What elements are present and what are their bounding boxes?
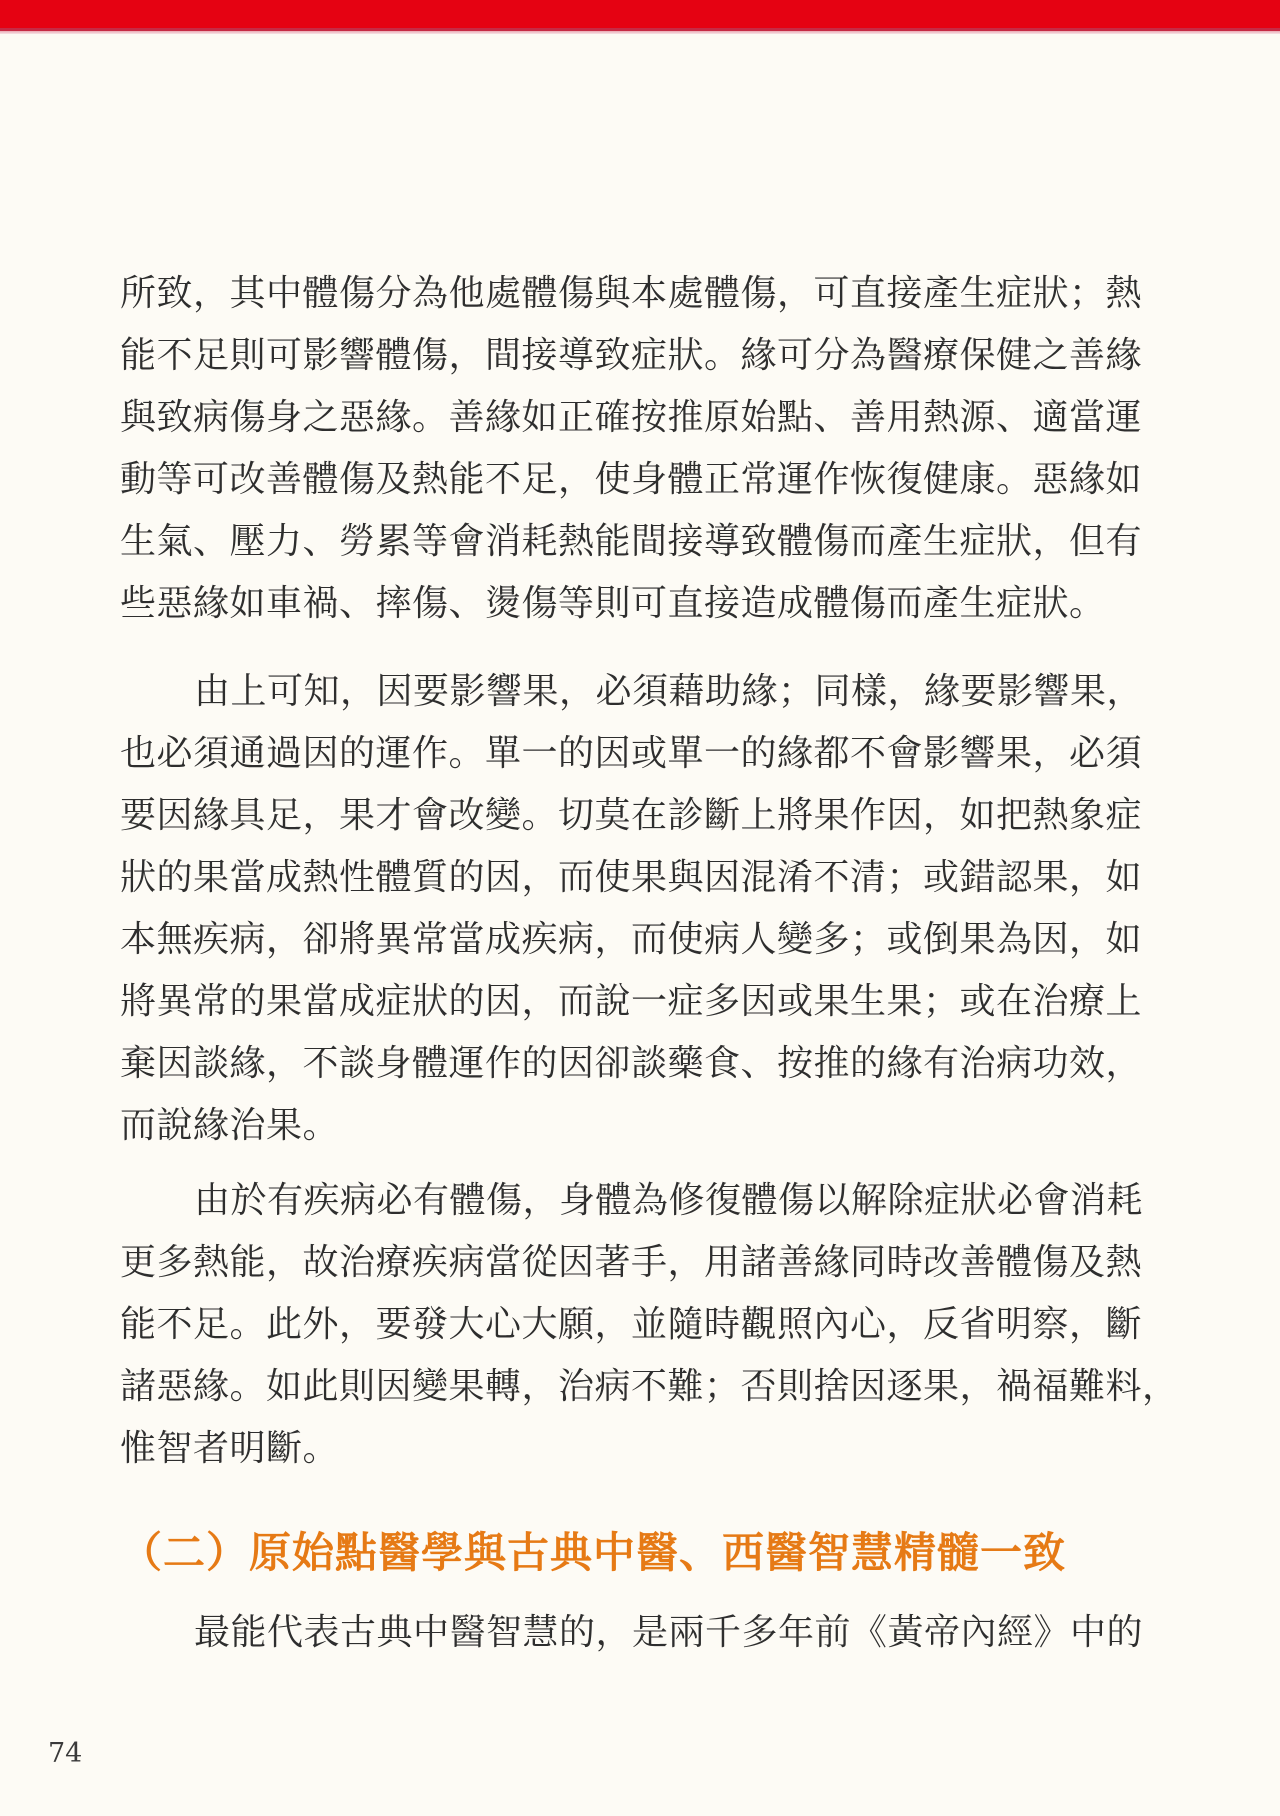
- text-line: 與致病傷身之惡緣。善緣如正確按推原始點、善用熱源、適當運: [120, 386, 1148, 448]
- text-line: 所致，其中體傷分為他處體傷與本處體傷，可直接產生症狀；熱: [120, 262, 1148, 324]
- text-line: 由上可知，因要影響果，必須藉助緣；同樣，緣要影響果，: [120, 660, 1148, 722]
- text-line: 些惡緣如車禍、摔傷、燙傷等則可直接造成體傷而產生症狀。: [120, 572, 1148, 634]
- paragraph-2: 由上可知，因要影響果，必須藉助緣；同樣，緣要影響果， 也必須通過因的運作。單一的…: [120, 660, 1148, 1156]
- text-line: 能不足。此外，要發大心大願，並隨時觀照內心，反省明察，斷: [120, 1293, 1148, 1355]
- text-line: 本無疾病，卻將異常當成疾病，而使病人變多；或倒果為因，如: [120, 908, 1148, 970]
- paragraph-4: 最能代表古典中醫智慧的，是兩千多年前《黃帝內經》中的: [120, 1601, 1148, 1663]
- text-line: 棄因談緣，不談身體運作的因卻談藥食、按推的緣有治病功效，: [120, 1032, 1148, 1094]
- text-line: 能不足則可影響體傷，間接導致症狀。緣可分為醫療保健之善緣: [120, 324, 1148, 386]
- text-line: 狀的果當成熱性體質的因，而使果與因混淆不清；或錯認果，如: [120, 846, 1148, 908]
- text-line: 更多熱能，故治療疾病當從因著手，用諸善緣同時改善體傷及熱: [120, 1231, 1148, 1293]
- page-content: 所致，其中體傷分為他處體傷與本處體傷，可直接產生症狀；熱 能不足則可影響體傷，間…: [120, 262, 1148, 1663]
- paragraph-1: 所致，其中體傷分為他處體傷與本處體傷，可直接產生症狀；熱 能不足則可影響體傷，間…: [120, 262, 1148, 634]
- text-line: 要因緣具足，果才會改變。切莫在診斷上將果作因，如把熱象症: [120, 784, 1148, 846]
- section-heading: （二）原始點醫學與古典中醫、西醫智慧精髓一致: [120, 1523, 1148, 1583]
- text-line: 生氣、壓力、勞累等會消耗熱能間接導致體傷而產生症狀，但有: [120, 510, 1148, 572]
- text-line: 動等可改善體傷及熱能不足，使身體正常運作恢復健康。惡緣如: [120, 448, 1148, 510]
- text-line: 由於有疾病必有體傷，身體為修復體傷以解除症狀必會消耗: [120, 1169, 1148, 1231]
- text-line: 諸惡緣。如此則因變果轉，治病不難；否則捨因逐果，禍福難料，: [120, 1355, 1148, 1417]
- text-line: 最能代表古典中醫智慧的，是兩千多年前《黃帝內經》中的: [120, 1601, 1148, 1663]
- text-line: 將異常的果當成症狀的因，而說一症多因或果生果；或在治療上: [120, 970, 1148, 1032]
- page-number: 74: [48, 1738, 82, 1769]
- book-page: 所致，其中體傷分為他處體傷與本處體傷，可直接產生症狀；熱 能不足則可影響體傷，間…: [0, 0, 1280, 1816]
- text-line: 也必須通過因的運作。單一的因或單一的緣都不會影響果，必須: [120, 722, 1148, 784]
- text-line: 而說緣治果。: [120, 1094, 1148, 1156]
- paragraph-3: 由於有疾病必有體傷，身體為修復體傷以解除症狀必會消耗 更多熱能，故治療疾病當從因…: [120, 1169, 1148, 1479]
- text-line: 惟智者明斷。: [120, 1417, 1148, 1479]
- top-red-bar: [0, 0, 1280, 34]
